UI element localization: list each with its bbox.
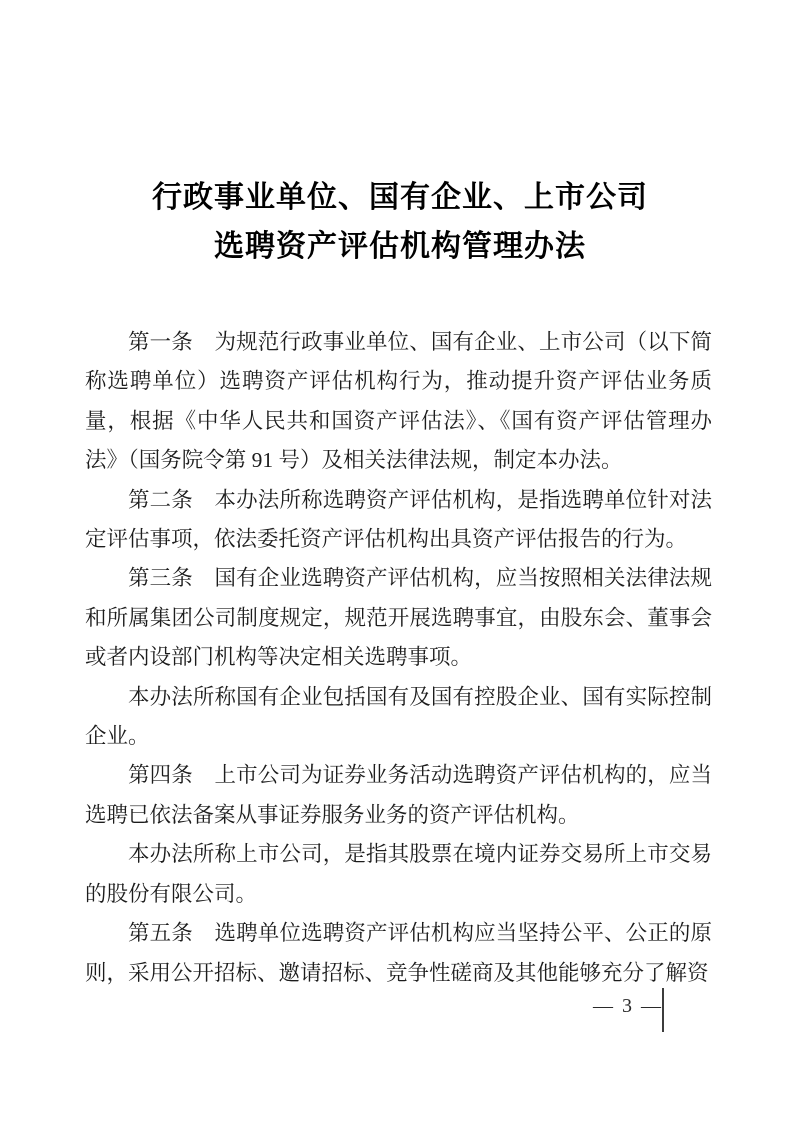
paragraph-article-2: 第二条 本办法所称选聘资产评估机构，是指选聘单位针对法定评估事项，依法委托资产评… <box>85 481 712 560</box>
scan-fold-mark-line <box>662 988 664 1032</box>
paragraph-article-3-supplement: 本办法所称国有企业包括国有及国有控股企业、国有实际控制企业。 <box>85 678 712 757</box>
paragraph-article-4: 第四条 上市公司为证券业务活动选聘资产评估机构的，应当选聘已依法备案从事证券服务… <box>85 756 712 835</box>
document-page: 行政事业单位、国有企业、上市公司 选聘资产评估机构管理办法 第一条 为规范行政事… <box>0 0 800 1130</box>
paragraph-article-5: 第五条 选聘单位选聘资产评估机构应当坚持公平、公正的原则，采用公开招标、邀请招标… <box>85 914 712 993</box>
document-title-line2: 选聘资产评估机构管理办法 <box>0 222 800 271</box>
page-number: — 3 — <box>593 995 663 1018</box>
document-title: 行政事业单位、国有企业、上市公司 选聘资产评估机构管理办法 <box>0 0 800 271</box>
paragraph-article-3: 第三条 国有企业选聘资产评估机构，应当按照相关法律法规和所属集团公司制度规定，规… <box>85 559 712 677</box>
paragraph-article-4-supplement: 本办法所称上市公司，是指其股票在境内证券交易所上市交易的股份有限公司。 <box>85 835 712 914</box>
paragraph-article-1: 第一条 为规范行政事业单位、国有企业、上市公司（以下简称选聘单位）选聘资产评估机… <box>85 323 712 481</box>
document-body: 第一条 为规范行政事业单位、国有企业、上市公司（以下简称选聘单位）选聘资产评估机… <box>85 323 712 993</box>
document-title-line1: 行政事业单位、国有企业、上市公司 <box>0 173 800 222</box>
